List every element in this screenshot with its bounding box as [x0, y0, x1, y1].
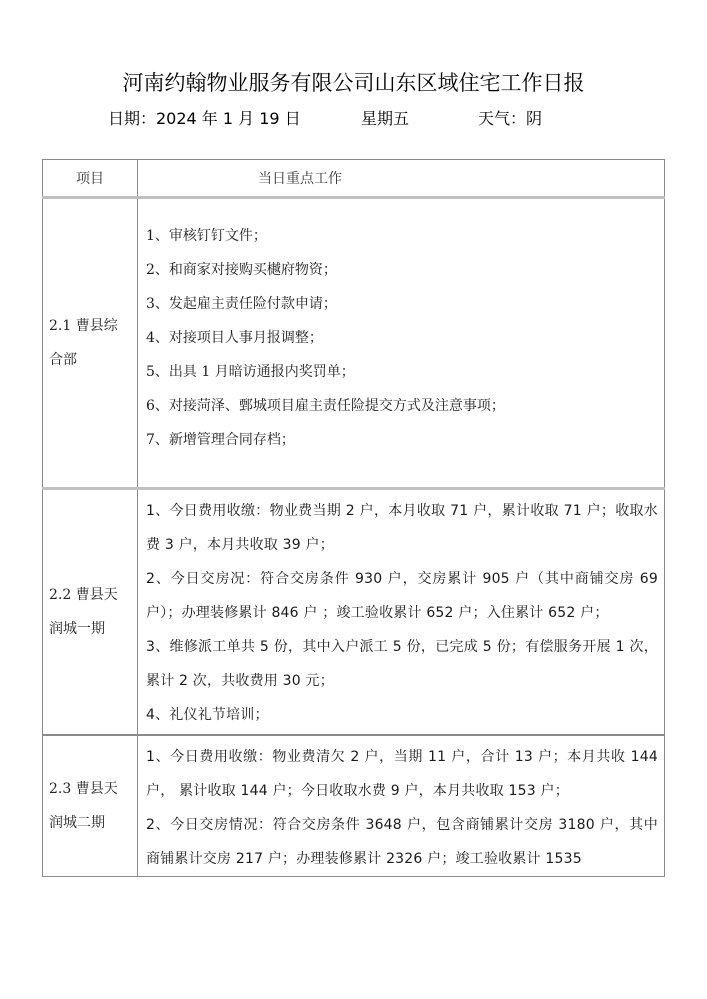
table-row: 2.2 曹县天 润城一期 1、今日费用收缴：物业费当期 2 户，本月收取 71 …	[43, 489, 665, 736]
work-item: 1、审核钉钉文件；	[146, 219, 658, 253]
item-label-line: 2.2 曹县天	[49, 578, 133, 612]
table-row: 2.3 曹县天 润城二期 1、今日费用收缴：物业费清欠 2 户，当期 11 户，…	[43, 735, 665, 877]
item-label-cell: 2.2 曹县天 润城一期	[43, 489, 138, 736]
item-label-line: 2.1 曹县综	[49, 309, 133, 343]
header-work: 当日重点工作	[138, 160, 665, 198]
item-label-cell: 2.1 曹县综 合部	[43, 198, 138, 489]
header-item: 项目	[43, 160, 138, 198]
report-weather: 天气：阴	[478, 106, 542, 132]
work-item: 1、今日费用收缴：物业费清欠 2 户，当期 11 户，合计 13 户；本月共收 …	[146, 740, 658, 808]
item-label-line: 合部	[49, 343, 133, 377]
work-item: 4、礼仪礼节培训；	[146, 698, 658, 732]
work-item: 4、对接项目人事月报调整；	[146, 321, 658, 355]
report-date: 日期：2024 年 1 月 19 日	[108, 106, 301, 132]
work-item: 3、发起雇主责任险付款申请；	[146, 287, 658, 321]
work-content-cell: 1、今日费用收缴：物业费当期 2 户，本月收取 71 户，累计收取 71 户；收…	[138, 489, 665, 736]
work-content-cell: 1、今日费用收缴：物业费清欠 2 户，当期 11 户，合计 13 户；本月共收 …	[138, 735, 665, 877]
work-item: 5、出具 1 月暗访通报内奖罚单；	[146, 355, 658, 389]
report-weekday: 星期五	[361, 106, 409, 132]
work-item: 3、维修派工单共 5 份，其中入户派工 5 份，已完成 5 份；有偿服务开展 1…	[146, 630, 658, 698]
report-title: 河南约翰物业服务有限公司山东区域住宅工作日报	[0, 68, 707, 98]
work-item: 2、今日交房况：符合交房条件 930 户，交房累计 905 户（其中商铺交房 6…	[146, 562, 658, 630]
work-item: 2、今日交房情况：符合交房条件 3648 户，包含商铺累计交房 3180 户，其…	[146, 808, 658, 876]
work-item: 6、对接菏泽、鄄城项目雇主责任险提交方式及注意事项；	[146, 389, 658, 423]
item-label-line: 润城一期	[49, 612, 133, 646]
item-label-line: 润城二期	[49, 806, 133, 840]
item-label-line: 2.3 曹县天	[49, 772, 133, 806]
work-item: 7、新增管理合同存档；	[146, 423, 658, 457]
item-label-cell: 2.3 曹县天 润城二期	[43, 735, 138, 877]
work-content-cell: 1、审核钉钉文件； 2、和商家对接购买樾府物资； 3、发起雇主责任险付款申请； …	[138, 198, 665, 489]
table-row: 2.1 曹县综 合部 1、审核钉钉文件； 2、和商家对接购买樾府物资； 3、发起…	[43, 198, 665, 489]
work-item: 2、和商家对接购买樾府物资；	[146, 253, 658, 287]
daily-report-table: 项目 当日重点工作 2.1 曹县综 合部 1、审核钉钉文件； 2、和商家对接购买…	[42, 159, 665, 877]
work-item: 1、今日费用收缴：物业费当期 2 户，本月收取 71 户，累计收取 71 户；收…	[146, 494, 658, 562]
table-header-row: 项目 当日重点工作	[43, 160, 665, 198]
